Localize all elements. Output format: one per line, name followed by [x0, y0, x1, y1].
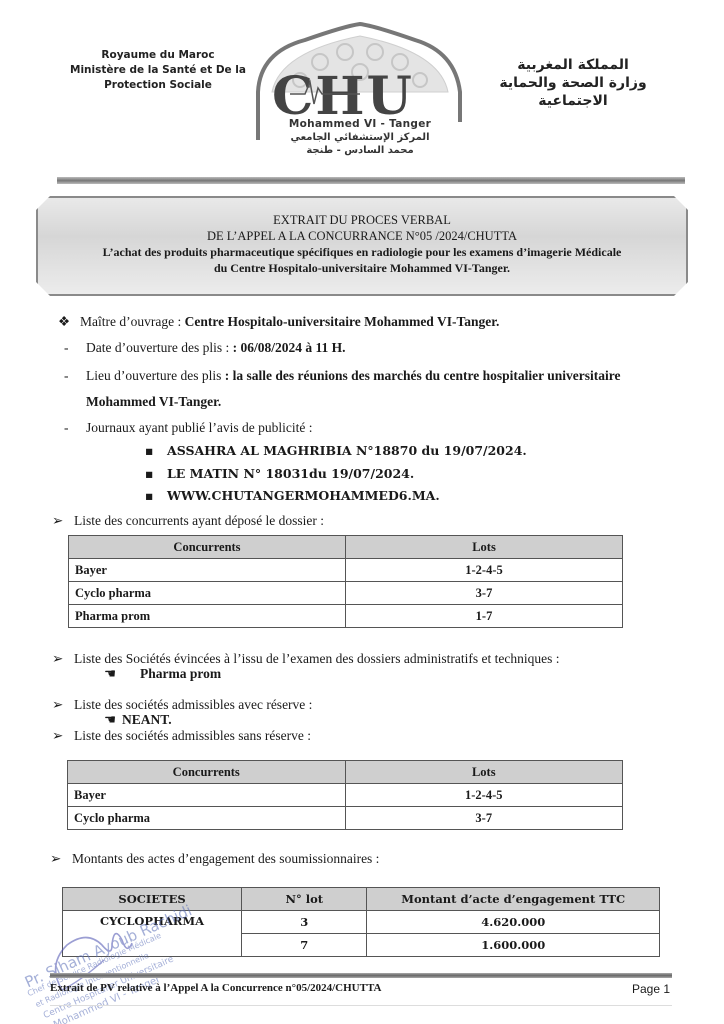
ministry-header-fr: Royaume du Maroc Ministère de la Santé e…	[58, 48, 258, 93]
cell-name: Bayer	[69, 559, 346, 582]
col-header: N° lot	[242, 888, 367, 911]
table-header-row: Concurrents Lots	[68, 761, 623, 784]
arrow-bullet-icon: ➢	[52, 651, 74, 667]
stamp-line: et Radiologie Interventionnelle	[34, 951, 150, 1009]
cell-name: Bayer	[68, 784, 346, 807]
header-line: Protection Sociale	[58, 78, 258, 93]
date-ouverture: -Date d’ouverture des plis : : 06/08/202…	[64, 340, 345, 356]
subject-line: du Centre Hospitalo-universitaire Mohamm…	[38, 260, 686, 276]
table-row: Pharma prom 1-7	[69, 605, 623, 628]
cell-lots: 1-2-4-5	[345, 784, 623, 807]
table-row: Bayer 1-2-4-5	[69, 559, 623, 582]
footer-divider	[50, 973, 672, 978]
table-montants: SOCIETES N° lot Montant d’acte d’engagem…	[62, 887, 660, 957]
table-row: Cyclo pharma 3-7	[68, 807, 623, 830]
maitre-ouvrage: ❖Maître d’ouvrage : Centre Hospitalo-uni…	[58, 314, 499, 330]
cell-montant: 4.620.000	[367, 911, 660, 934]
table-row: Cyclo pharma 3-7	[69, 582, 623, 605]
section-title-sans-reserve: ➢Liste des sociétés admissibles sans rés…	[52, 728, 311, 744]
header-divider	[57, 177, 685, 184]
col-header: Lots	[346, 536, 623, 559]
square-bullet-icon: ▪	[145, 488, 167, 503]
title-line: EXTRAIT DU PROCES VERBAL	[38, 212, 686, 228]
header-line: وزارة الصحة والحماية	[478, 74, 668, 92]
subject-line: L’achat des produits pharmaceutique spéc…	[38, 244, 686, 260]
section-title-deposes: ➢Liste des concurrents ayant déposé le d…	[52, 513, 324, 529]
cell-lots: 1-7	[346, 605, 623, 628]
cell-name: Pharma prom	[69, 605, 346, 628]
table-row: CYCLOPHARMA 3 4.620.000	[63, 911, 660, 934]
table-sans-reserve: Concurrents Lots Bayer 1-2-4-5 Cyclo pha…	[67, 760, 623, 830]
header-line: الاجتماعية	[478, 92, 668, 110]
section-title-evincees: ➢Liste des Sociétés évincées à l’issu de…	[52, 651, 560, 667]
header-line: المملكة المغربية	[478, 56, 668, 74]
journal-item: ▪LE MATIN N° 18031du 19/07/2024.	[145, 466, 414, 481]
col-header: Lots	[345, 761, 623, 784]
col-header: Concurrents	[69, 536, 346, 559]
square-bullet-icon: ▪	[145, 466, 167, 481]
section-title-montants: ➢Montants des actes d’engagement des sou…	[50, 851, 379, 867]
cell-lots: 3-7	[345, 807, 623, 830]
lieu-ouverture: -Lieu d’ouverture des plis : la salle de…	[64, 368, 620, 384]
arrow-bullet-icon: ➢	[52, 728, 74, 744]
col-header: SOCIETES	[63, 888, 242, 911]
arrow-bullet-icon: ➢	[52, 697, 74, 713]
avec-reserve-item: ☚NEANT.	[104, 712, 172, 728]
header-line: Royaume du Maroc	[58, 48, 258, 63]
footer-reference: Extrait de PV relative à l’Appel A la Co…	[50, 982, 381, 994]
cell-name: Cyclo pharma	[68, 807, 346, 830]
table-header-row: SOCIETES N° lot Montant d’acte d’engagem…	[63, 888, 660, 911]
dash-bullet-icon: -	[64, 368, 86, 384]
hand-bullet-icon: ☚	[104, 666, 140, 682]
cell-name: Cyclo pharma	[69, 582, 346, 605]
cell-lots: 3-7	[346, 582, 623, 605]
diamond-bullet-icon: ❖	[58, 314, 80, 330]
dash-bullet-icon: -	[64, 420, 86, 436]
section-title-avec-reserve: ➢Liste des sociétés admissibles avec rés…	[52, 697, 312, 713]
journaux-label: -Journaux ayant publié l’avis de publici…	[64, 420, 312, 436]
table-row: Bayer 1-2-4-5	[68, 784, 623, 807]
footer-divider-bottom	[50, 1005, 672, 1006]
evincee-item: ☚Pharma prom	[104, 666, 221, 682]
hand-bullet-icon: ☚	[104, 712, 122, 728]
page-number: Page 1	[632, 982, 670, 996]
header-line: Ministère de la Santé et De la	[58, 63, 258, 78]
table-header-row: Concurrents Lots	[69, 536, 623, 559]
lieu-ouverture-cont: Mohammed VI-Tanger.	[86, 394, 221, 410]
table-deposes: Concurrents Lots Bayer 1-2-4-5 Cyclo pha…	[68, 535, 623, 628]
cell-lots: 1-2-4-5	[346, 559, 623, 582]
chu-logo: CHU Mohammed VI - Tanger المركز الإستشفا…	[250, 22, 470, 152]
cell-company: CYCLOPHARMA	[63, 911, 242, 957]
dash-bullet-icon: -	[64, 340, 86, 356]
document-title-box: EXTRAIT DU PROCES VERBAL DE L’APPEL A LA…	[36, 196, 688, 296]
col-header: Concurrents	[68, 761, 346, 784]
arrow-bullet-icon: ➢	[52, 513, 74, 529]
logo-arabic-line: المركز الإستشفائي الجامعي	[250, 132, 470, 143]
cell-lot: 7	[242, 934, 367, 957]
cell-lot: 3	[242, 911, 367, 934]
title-line: DE L’APPEL A LA CONCURRANCE N°05 /2024/C…	[38, 228, 686, 244]
square-bullet-icon: ▪	[145, 443, 167, 458]
cell-montant: 1.600.000	[367, 934, 660, 957]
ministry-header-ar: المملكة المغربية وزارة الصحة والحماية ال…	[478, 56, 668, 110]
journal-item: ▪ASSAHRA AL MAGHRIBIA N°18870 du 19/07/2…	[145, 443, 527, 458]
col-header: Montant d’acte d’engagement TTC	[367, 888, 660, 911]
journal-item: ▪WWW.CHUTANGERMOHAMMED6.MA.	[145, 488, 440, 503]
arrow-bullet-icon: ➢	[50, 851, 72, 867]
logo-subtitle: Mohammed VI - Tanger	[250, 118, 470, 130]
logo-arabic-line: محمد السادس - طنجة	[250, 145, 470, 156]
